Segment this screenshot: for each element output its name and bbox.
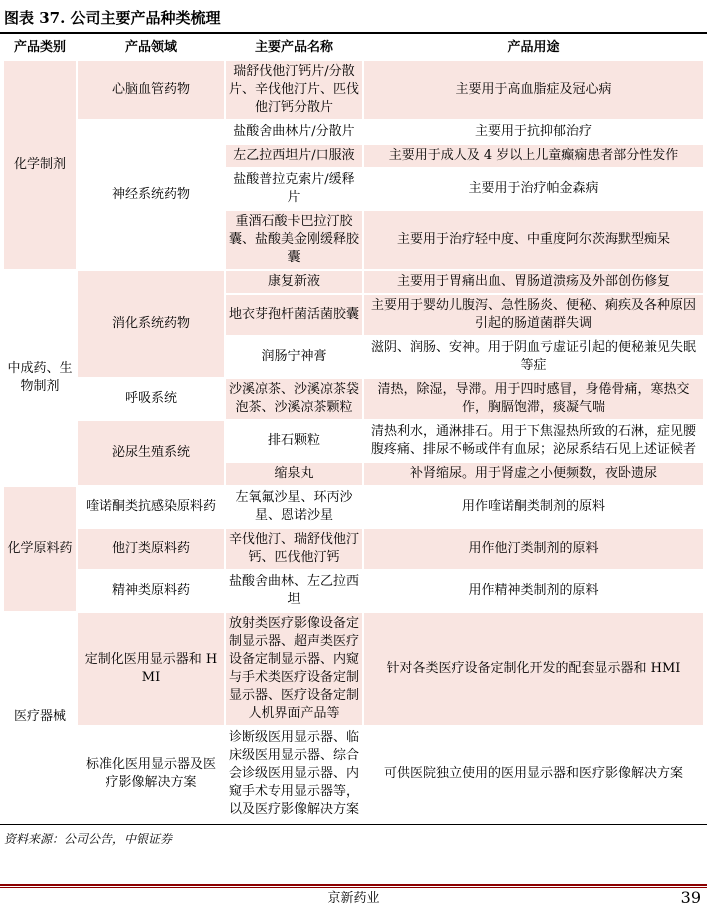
product-table: 产品类别 产品领域 主要产品名称 产品用途 化学制剂心脑血管药物瑞舒伐他汀钙片/… xyxy=(2,34,705,823)
product-cell: 辛伐他汀、瑞舒伐他汀钙、匹伐他汀钙 xyxy=(226,529,362,569)
usage-cell: 主要用于婴幼儿腹泻、急性肠炎、便秘、痢疾及各种原因引起的肠道菌群失调 xyxy=(364,295,703,335)
area-cell: 消化系统药物 xyxy=(78,271,224,377)
usage-cell: 主要用于抗抑郁治疗 xyxy=(364,121,703,143)
product-cell: 盐酸普拉克索片/缓释片 xyxy=(226,169,362,209)
product-cell: 盐酸舍曲林、左乙拉西坦 xyxy=(226,571,362,611)
area-cell: 精神类原料药 xyxy=(78,571,224,611)
area-cell: 泌尿生殖系统 xyxy=(78,421,224,485)
usage-cell: 清热，除湿，导滞。用于四时感冒，身倦骨痛，寒热交作，胸膈饱滞，痰凝气喘 xyxy=(364,379,703,419)
figure-title: 图表 37. 公司主要产品种类梳理 xyxy=(0,0,707,32)
product-cell: 左氧氟沙星、环丙沙星、恩诺沙星 xyxy=(226,487,362,527)
report-page: 图表 37. 公司主要产品种类梳理 产品类别 产品领域 主要产品名称 产品用途 … xyxy=(0,0,707,910)
category-cell: 化学原料药 xyxy=(4,487,76,611)
product-cell: 沙溪凉茶、沙溪凉茶袋泡茶、沙溪凉茶颗粒 xyxy=(226,379,362,419)
product-cell: 瑞舒伐他汀钙片/分散片、辛伐他汀片、匹伐他汀钙分散片 xyxy=(226,61,362,119)
usage-cell: 用作喹诺酮类制剂的原料 xyxy=(364,487,703,527)
product-cell: 重酒石酸卡巴拉汀胶囊、盐酸美金刚缓释胶囊 xyxy=(226,211,362,269)
usage-cell: 主要用于高血脂症及冠心病 xyxy=(364,61,703,119)
col-header-usage: 产品用途 xyxy=(364,36,703,59)
product-cell: 诊断级医用显示器、临床级医用显示器、综合会诊级医用显示器、内窥手术专用显示器等，… xyxy=(226,727,362,821)
product-cell: 康复新液 xyxy=(226,271,362,293)
table-header-row: 产品类别 产品领域 主要产品名称 产品用途 xyxy=(4,36,703,59)
col-header-product: 主要产品名称 xyxy=(226,36,362,59)
page-footer: 京新药业 39 xyxy=(0,884,707,910)
product-cell: 润肠宁神膏 xyxy=(226,337,362,377)
usage-cell: 滋阴、润肠、安神。用于阴血亏虚证引起的便秘兼见失眠等症 xyxy=(364,337,703,377)
category-cell: 中成药、生物制剂 xyxy=(4,271,76,485)
usage-cell: 可供医院独立使用的医用显示器和医疗影像解决方案 xyxy=(364,727,703,821)
table-row: 医疗器械定制化医用显示器和 HMI放射类医疗影像设备定制显示器、超声类医疗设备定… xyxy=(4,613,703,725)
table-row: 化学制剂心脑血管药物瑞舒伐他汀钙片/分散片、辛伐他汀片、匹伐他汀钙分散片主要用于… xyxy=(4,61,703,119)
usage-cell: 主要用于成人及 4 岁以上儿童癫痫患者部分性发作 xyxy=(364,145,703,167)
usage-cell: 补肾缩尿。用于肾虚之小便频数，夜卧遗尿 xyxy=(364,463,703,485)
area-cell: 标准化医用显示器及医疗影像解决方案 xyxy=(78,727,224,821)
table-row: 泌尿生殖系统排石颗粒清热利水，通淋排石。用于下焦湿热所致的石淋，症见腰腹疼痛、排… xyxy=(4,421,703,461)
area-cell: 神经系统药物 xyxy=(78,121,224,269)
company-name: 京新药业 xyxy=(0,890,707,908)
area-cell: 他汀类原料药 xyxy=(78,529,224,569)
product-cell: 缩泉丸 xyxy=(226,463,362,485)
product-cell: 盐酸舍曲林片/分散片 xyxy=(226,121,362,143)
usage-cell: 针对各类医疗设备定制化开发的配套显示器和 HMI xyxy=(364,613,703,725)
category-cell: 化学制剂 xyxy=(4,61,76,269)
table-row: 神经系统药物盐酸舍曲林片/分散片主要用于抗抑郁治疗 xyxy=(4,121,703,143)
table-row: 呼吸系统沙溪凉茶、沙溪凉茶袋泡茶、沙溪凉茶颗粒清热，除湿，导滞。用于四时感冒，身… xyxy=(4,379,703,419)
source-note: 资料来源：公司公告，中银证券 xyxy=(0,825,707,847)
area-cell: 呼吸系统 xyxy=(78,379,224,419)
col-header-area: 产品领域 xyxy=(78,36,224,59)
table-row: 标准化医用显示器及医疗影像解决方案诊断级医用显示器、临床级医用显示器、综合会诊级… xyxy=(4,727,703,821)
table-row: 化学原料药喹诺酮类抗感染原料药左氧氟沙星、环丙沙星、恩诺沙星用作喹诺酮类制剂的原… xyxy=(4,487,703,527)
table-row: 中成药、生物制剂消化系统药物康复新液主要用于胃痛出血、胃肠道溃疡及外部创伤修复 xyxy=(4,271,703,293)
usage-cell: 主要用于治疗帕金森病 xyxy=(364,169,703,209)
area-cell: 定制化医用显示器和 HMI xyxy=(78,613,224,725)
product-cell: 放射类医疗影像设备定制显示器、超声类医疗设备定制显示器、内窥与手术类医疗设备定制… xyxy=(226,613,362,725)
usage-cell: 主要用于治疗轻中度、中重度阿尔茨海默型痴呆 xyxy=(364,211,703,269)
usage-cell: 主要用于胃痛出血、胃肠道溃疡及外部创伤修复 xyxy=(364,271,703,293)
usage-cell: 清热利水，通淋排石。用于下焦湿热所致的石淋，症见腰腹疼痛、排尿不畅或伴有血尿；泌… xyxy=(364,421,703,461)
usage-cell: 用作他汀类制剂的原料 xyxy=(364,529,703,569)
area-cell: 喹诺酮类抗感染原料药 xyxy=(78,487,224,527)
table-row: 他汀类原料药辛伐他汀、瑞舒伐他汀钙、匹伐他汀钙用作他汀类制剂的原料 xyxy=(4,529,703,569)
col-header-category: 产品类别 xyxy=(4,36,76,59)
page-number: 39 xyxy=(681,888,701,908)
product-cell: 地衣芽孢杆菌活菌胶囊 xyxy=(226,295,362,335)
area-cell: 心脑血管药物 xyxy=(78,61,224,119)
product-cell: 左乙拉西坦片/口服液 xyxy=(226,145,362,167)
usage-cell: 用作精神类制剂的原料 xyxy=(364,571,703,611)
table-body: 化学制剂心脑血管药物瑞舒伐他汀钙片/分散片、辛伐他汀片、匹伐他汀钙分散片主要用于… xyxy=(4,61,703,821)
table-row: 精神类原料药盐酸舍曲林、左乙拉西坦用作精神类制剂的原料 xyxy=(4,571,703,611)
category-cell: 医疗器械 xyxy=(4,613,76,821)
product-cell: 排石颗粒 xyxy=(226,421,362,461)
